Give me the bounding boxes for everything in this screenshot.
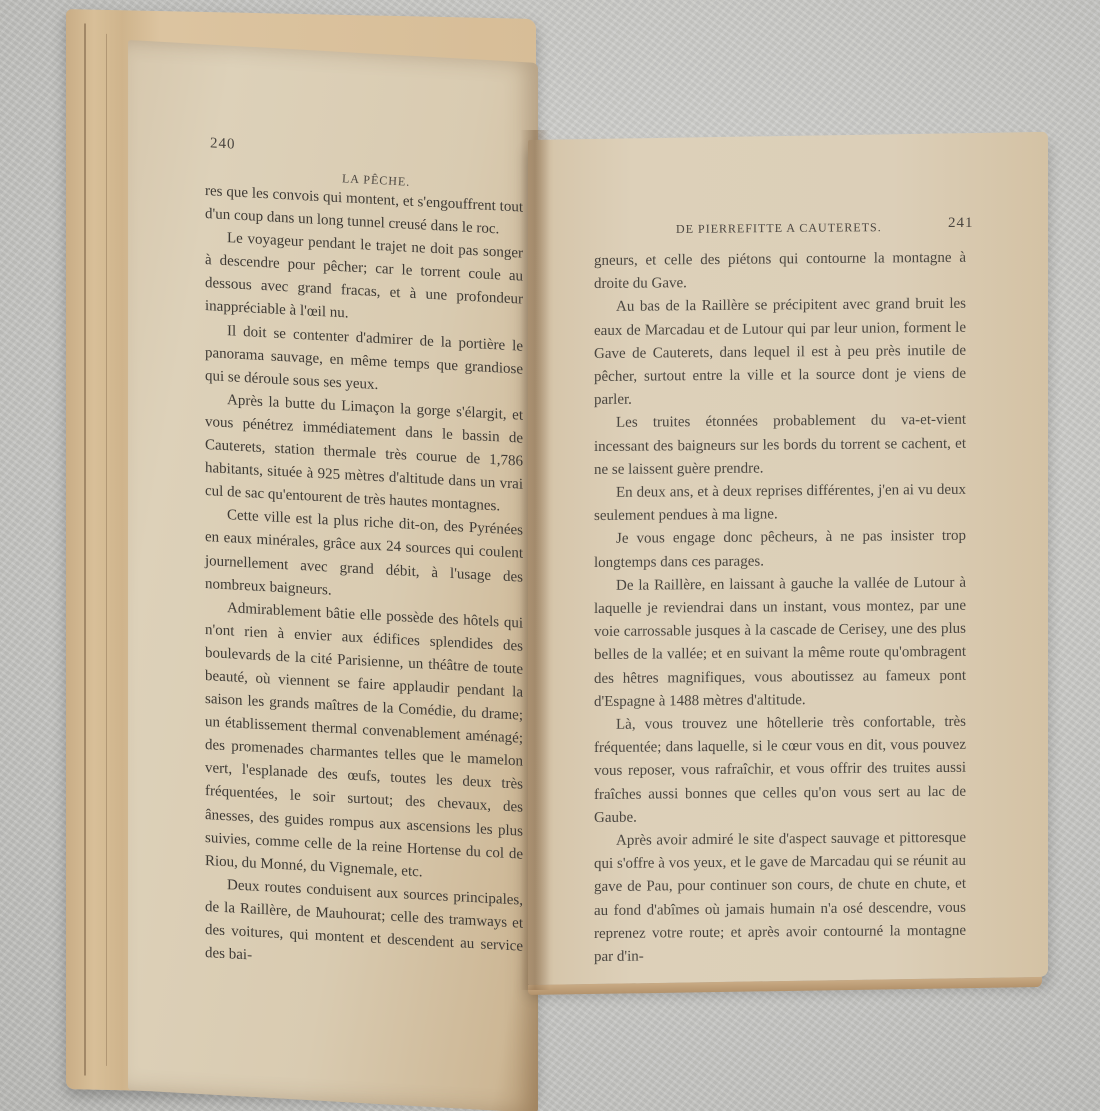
left-page-number: 240 <box>210 135 236 153</box>
right-page-number: 241 <box>948 215 974 232</box>
paragraph: Je vous engage donc pêcheurs, à ne pas i… <box>594 525 966 575</box>
photo-scene: 240 LA PÊCHE. res que les convois qui mo… <box>0 0 1100 1111</box>
paragraph: Après la butte du Limaçon la gorge s'éla… <box>205 388 523 520</box>
book-gutter <box>520 130 550 990</box>
paragraph: Cette ville est la plus riche dit-on, de… <box>205 503 523 612</box>
paragraph: Deux routes conduisent aux sources princ… <box>205 873 523 982</box>
paragraph: Après avoir admiré le site d'aspect sauv… <box>594 827 966 969</box>
paragraph: Au bas de la Raillère se précipitent ave… <box>594 293 966 412</box>
paragraph: gneurs, et celle des piétons qui contour… <box>594 247 966 297</box>
right-page-text: gneurs, et celle des piétons qui contour… <box>594 247 966 970</box>
paragraph: Les truites étonnées probablement du va-… <box>594 409 966 482</box>
paragraph: Là, vous trouvez une hôtellerie très con… <box>594 711 966 830</box>
paragraph: En deux ans, et à deux reprises différen… <box>594 479 966 529</box>
left-page-text: res que les convois qui montent, et s'en… <box>205 180 523 982</box>
paragraph: Le voyageur pendant le trajet ne doit pa… <box>205 226 523 335</box>
paragraph: Admirablement bâtie elle possède des hôt… <box>205 596 523 890</box>
right-running-head: DE PIERREFITTE A CAUTERETS. <box>676 220 882 237</box>
paragraph: De la Raillère, en laissant à gauche la … <box>594 572 966 714</box>
